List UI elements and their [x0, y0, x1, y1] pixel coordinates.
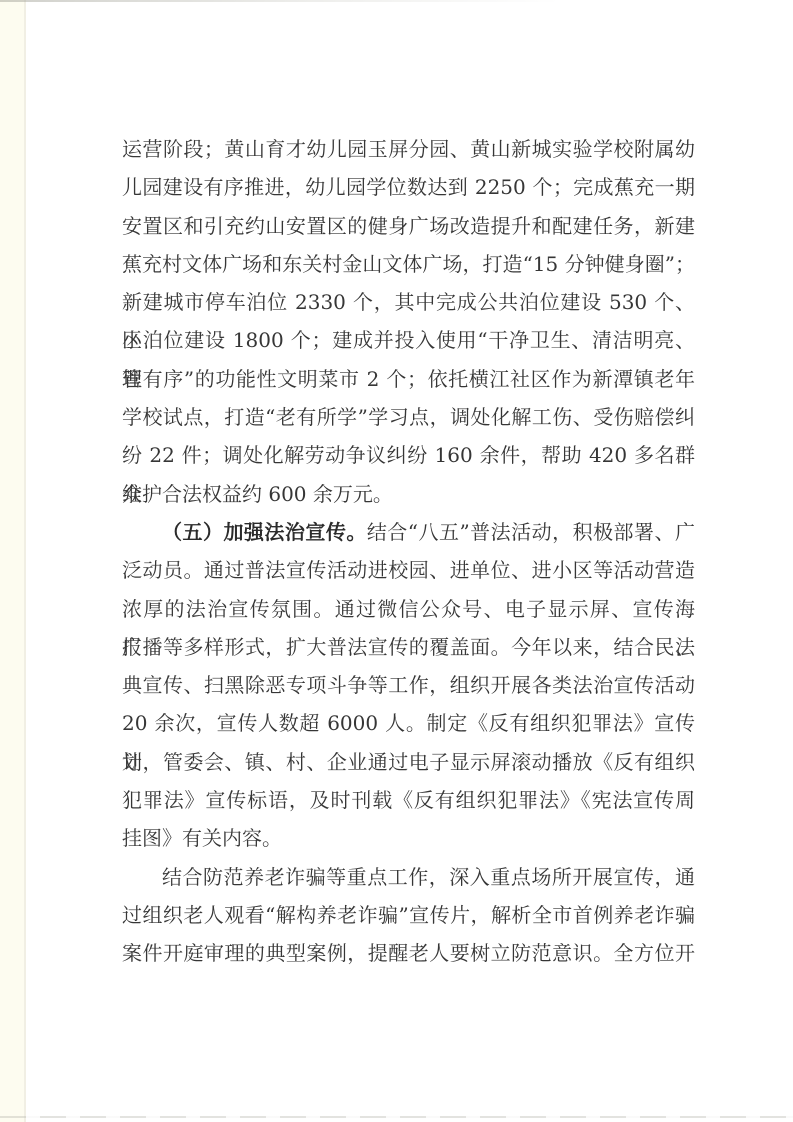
- line-text: 典宣传、扫黑除恶专项斗争等工作，组织开展各类法治宣传活动: [122, 673, 695, 697]
- line-text: 结合防范养老诈骗等重点工作，深入重点场所开展宣传，通: [162, 865, 695, 889]
- text-line: （五）加强法治宣传。结合“八五”普法活动，积极部署、广: [122, 513, 695, 551]
- text-line: 浓厚的法治宣传氛围。通过微信公众号、电子显示屏、宣传海报、: [122, 590, 695, 628]
- line-text: 结合“八五”普法活动，积极部署、广: [367, 520, 695, 544]
- text-line: 安置区和引充约山安置区的健身广场改造提升和配建任务，新建: [122, 207, 695, 245]
- text-line: 典宣传、扫黑除恶专项斗争等工作，组织开展各类法治宣传活动: [122, 666, 695, 704]
- text-line: 学校试点，打造“老有所学”学习点，调处化解工伤、受伤赔偿纠: [122, 398, 695, 436]
- line-text: 安置区和引充约山安置区的健身广场改造提升和配建任务，新建: [122, 214, 695, 238]
- line-text: 泛动员。通过普法宣传活动进校园、进单位、进小区等活动营造: [122, 558, 695, 582]
- text-line: 蕉充村文体广场和东关村金山文体广场，打造“15 分钟健身圈”；: [122, 245, 695, 283]
- line-text: 学校试点，打造“老有所学”学习点，调处化解工伤、受伤赔偿纠: [122, 405, 695, 429]
- text-line: 过组织老人观看“解构养老诈骗”宣传片，解析全市首例养老诈骗: [122, 896, 695, 934]
- text-line: 维护合法权益约 600 余万元。: [122, 475, 695, 513]
- text-line: 泛动员。通过普法宣传活动进校园、进单位、进小区等活动营造: [122, 551, 695, 589]
- text-line: 运营阶段；黄山育才幼儿园玉屏分园、黄山新城实验学校附属幼: [122, 130, 695, 168]
- line-text: 案件开庭审理的典型案例，提醒老人要树立防范意识。全方位开: [122, 941, 695, 965]
- line-text: 犯罪法》宣传标语，及时刊载《反有组织犯罪法》《宪法宣传周: [122, 788, 695, 812]
- text-line: 新建城市停车泊位 2330 个，其中完成公共泊位建设 530 个、小: [122, 283, 695, 321]
- line-text: 儿园建设有序推进，幼儿园学位数达到 2250 个；完成蕉充一期: [122, 175, 695, 199]
- line-text: 挂图》有关内容。: [122, 826, 282, 850]
- line-text: 广播等多样形式，扩大普法宣传的覆盖面。今年以来，结合民法: [122, 635, 695, 659]
- line-text: 划，管委会、镇、村、企业通过电子显示屏滚动播放《反有组织: [122, 750, 695, 774]
- line-text: 理有序”的功能性文明菜市 2 个；依托横江社区作为新潭镇老年: [122, 367, 695, 391]
- text-line: 广播等多样形式，扩大普法宣传的覆盖面。今年以来，结合民法: [122, 628, 695, 666]
- document-page: 运营阶段；黄山育才幼儿园玉屏分园、黄山新城实验学校附属幼儿园建设有序推进，幼儿园…: [0, 0, 793, 1122]
- line-text: 蕉充村文体广场和东关村金山文体广场，打造“15 分钟健身圈”；: [122, 252, 695, 276]
- text-line: 区泊位建设 1800 个；建成并投入使用“干净卫生、清洁明亮、管: [122, 321, 695, 359]
- line-text: 运营阶段；黄山育才幼儿园玉屏分园、黄山新城实验学校附属幼: [122, 137, 695, 161]
- line-text: 过组织老人观看“解构养老诈骗”宣传片，解析全市首例养老诈骗: [122, 903, 695, 927]
- text-line: 理有序”的功能性文明菜市 2 个；依托横江社区作为新潭镇老年: [122, 360, 695, 398]
- text-line: 划，管委会、镇、村、企业通过电子显示屏滚动播放《反有组织: [122, 743, 695, 781]
- text-line: 挂图》有关内容。: [122, 819, 695, 857]
- scan-top-edge-line: [0, 0, 560, 2]
- scan-bottom-edge-line: [0, 1116, 793, 1118]
- text-line: 案件开庭审理的典型案例，提醒老人要树立防范意识。全方位开: [122, 934, 695, 972]
- text-line: 儿园建设有序推进，幼儿园学位数达到 2250 个；完成蕉充一期: [122, 168, 695, 206]
- text-line: 20 余次，宣传人数超 6000 人。制定《反有组织犯罪法》宣传计: [122, 704, 695, 742]
- section-heading: （五）加强法治宣传。: [162, 520, 367, 544]
- scan-left-edge-strip: [0, 0, 26, 1122]
- line-text: 维护合法权益约 600 余万元。: [122, 482, 393, 506]
- text-line: 犯罪法》宣传标语，及时刊载《反有组织犯罪法》《宪法宣传周: [122, 781, 695, 819]
- text-line: 结合防范养老诈骗等重点工作，深入重点场所开展宣传，通: [122, 858, 695, 896]
- text-line: 纷 22 件；调处化解劳动争议纠纷 160 余件，帮助 420 多名群众: [122, 436, 695, 474]
- document-text: 运营阶段；黄山育才幼儿园玉屏分园、黄山新城实验学校附属幼儿园建设有序推进，幼儿园…: [122, 130, 695, 973]
